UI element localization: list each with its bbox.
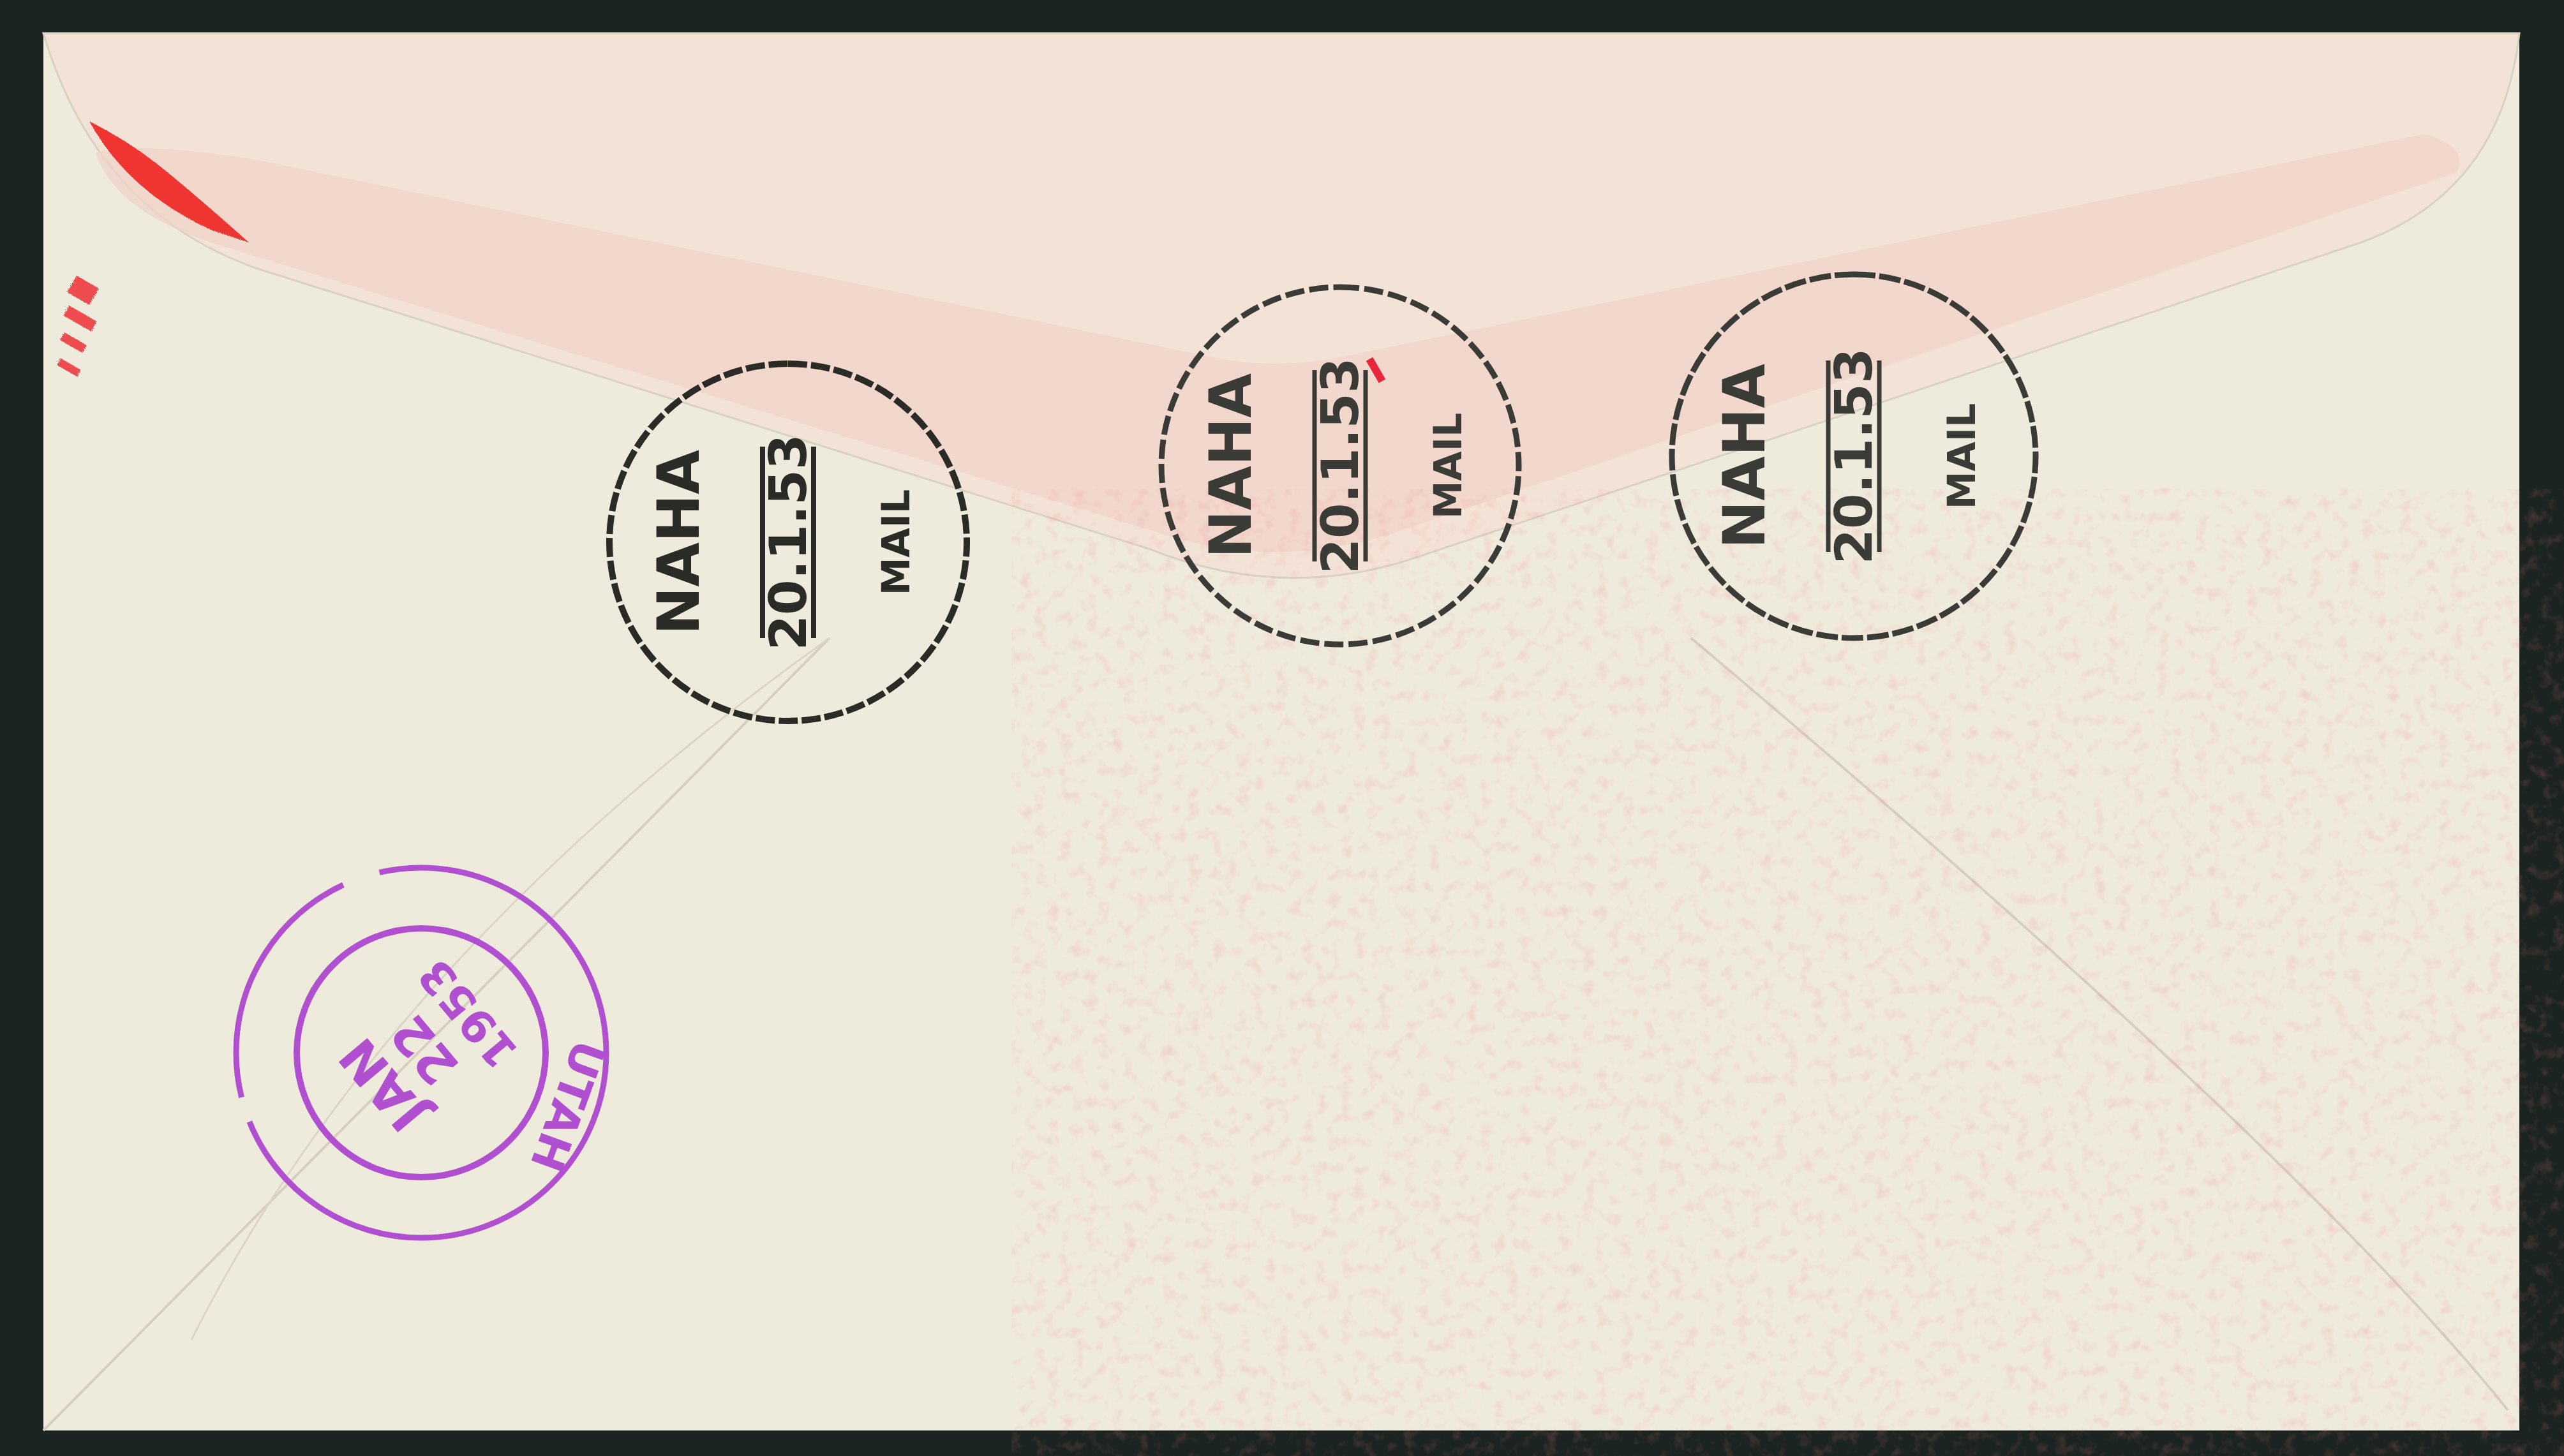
svg-text:NAHA: NAHA xyxy=(1198,373,1265,558)
svg-text:20.1.53: 20.1.53 xyxy=(1311,357,1370,574)
svg-text:MAIL: MAIL xyxy=(874,489,919,596)
svg-text:MAIL: MAIL xyxy=(1426,413,1471,519)
svg-text:NAHA: NAHA xyxy=(646,450,713,635)
svg-text:MAIL: MAIL xyxy=(1940,403,1985,510)
svg-text:20.1.53: 20.1.53 xyxy=(759,434,818,650)
svg-text:NAHA: NAHA xyxy=(1711,364,1778,549)
svg-text:20.1.53: 20.1.53 xyxy=(1824,348,1884,564)
envelope-photo: NAHA 20.1.53 MAIL NAHA 20.1.53 MAIL NAHA… xyxy=(0,0,2564,1456)
